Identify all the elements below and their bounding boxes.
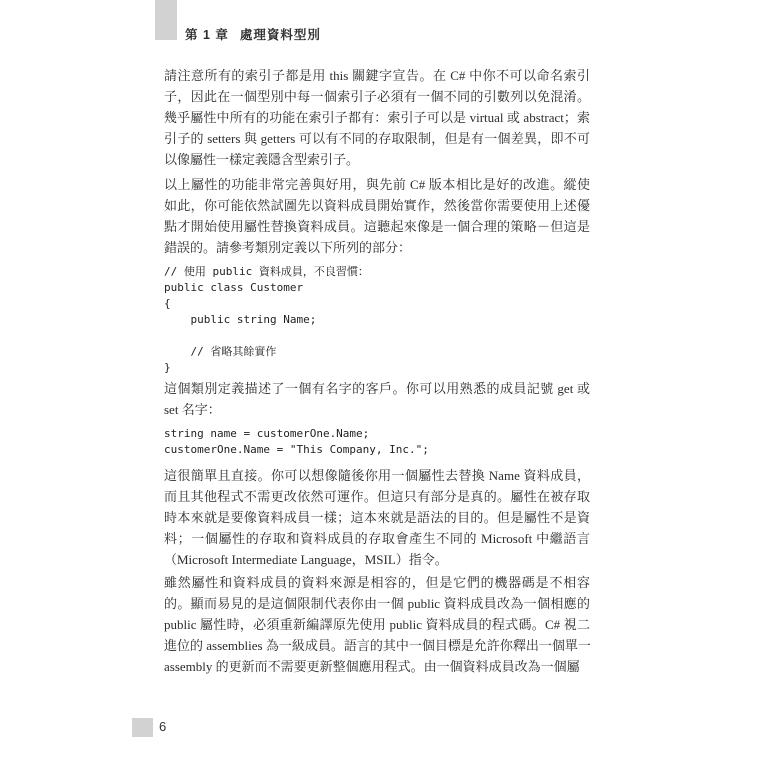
page-body: 請注意所有的索引子都是用 this 關鍵字宣告。在 C# 中你不可以命名索引子，… (164, 65, 590, 681)
text-line: 錯誤的。請參考類別定義以下所列的部分： (164, 237, 590, 258)
text-line: 以上屬性的功能非常完善與好用，與先前 C# 版本相比是好的改進。縱使 (164, 174, 590, 195)
text-line: 雖然屬性和資料成員的資料來源是相容的，但是它們的機器碼是不相容 (164, 572, 590, 593)
footer-accent-square (132, 718, 153, 737)
text-line: 如此，你可能依然試圖先以資料成員開始實作，然後當你需要使用上述優 (164, 195, 590, 216)
code-line: public class Customer (164, 280, 590, 296)
text-line: 的。顯而易見的是這個限制代表你由一個 public 資料成員改為一個相應的 (164, 593, 590, 614)
text-line: 點才開始使用屬性替換資料成員。這聽起來像是一個合理的策略－但這是 (164, 216, 590, 237)
header-accent-bar (155, 0, 177, 40)
book-page: 第 1 章處理資料型別 請注意所有的索引子都是用 this 關鍵字宣告。在 C#… (0, 0, 757, 757)
chapter-title: 處理資料型別 (240, 28, 321, 42)
code-line (164, 328, 590, 344)
text-line: 以像屬性一樣定義隱含型索引子。 (164, 149, 590, 170)
text-line: public 屬性時，必須重新編譯原先使用 public 資料成員的程式碼。C#… (164, 614, 590, 635)
text-line: 這很簡單且直接。你可以想像隨後你用一個屬性去替換 Name 資料成員， (164, 465, 590, 486)
text-line: 幾乎屬性中所有的功能在索引子都有：索引子可以是 virtual 或 abstra… (164, 107, 590, 128)
text-line: 進位的 assemblies 為一級成員。語言的其中一個目標是允許你釋出一個單一 (164, 635, 590, 656)
code-line: // 使用 public 資料成員，不良習慣： (164, 264, 590, 280)
chapter-label: 第 1 章 (185, 28, 229, 42)
paragraph: 雖然屬性和資料成員的資料來源是相容的，但是它們的機器碼是不相容的。顯而易見的是這… (164, 572, 590, 677)
text-line: 子，因此在一個型別中每一個索引子必須有一個不同的引數列以免混淆。 (164, 86, 590, 107)
code-block: string name = customerOne.Name;customerO… (164, 426, 590, 458)
code-line: customerOne.Name = "This Company, Inc."; (164, 442, 590, 458)
code-line: // 省略其餘實作 (164, 344, 590, 360)
text-line: assembly 的更新而不需要更新整個應用程式。由一個資料成員改為一個屬 (164, 656, 590, 677)
text-line: 料；一個屬性的存取和資料成員的存取會產生不同的 Microsoft 中繼語言 (164, 528, 590, 549)
code-block: // 使用 public 資料成員，不良習慣：public class Cust… (164, 264, 590, 376)
code-line: { (164, 296, 590, 312)
text-line: （Microsoft Intermediate Language，MSIL）指令… (164, 549, 590, 570)
chapter-heading: 第 1 章處理資料型別 (185, 25, 321, 43)
text-line: 時本來就是要像資料成員一樣；這本來就是語法的目的。但是屬性不是資 (164, 507, 590, 528)
paragraph: 這個類別定義描述了一個有名字的客戶。你可以用熟悉的成員記號 get 或set 名… (164, 378, 590, 420)
code-line: string name = customerOne.Name; (164, 426, 590, 442)
code-line: public string Name; (164, 312, 590, 328)
text-line: set 名字： (164, 399, 590, 420)
paragraph: 這很簡單且直接。你可以想像隨後你用一個屬性去替換 Name 資料成員，而且其他程… (164, 465, 590, 570)
text-line: 這個類別定義描述了一個有名字的客戶。你可以用熟悉的成員記號 get 或 (164, 378, 590, 399)
paragraph: 請注意所有的索引子都是用 this 關鍵字宣告。在 C# 中你不可以命名索引子，… (164, 65, 590, 170)
code-line: } (164, 360, 590, 376)
text-line: 而且其他程式不需更改依然可運作。但這只有部分是真的。屬性在被存取 (164, 486, 590, 507)
text-line: 引子的 setters 與 getters 可以有不同的存取限制，但是有一個差異… (164, 128, 590, 149)
paragraph: 以上屬性的功能非常完善與好用，與先前 C# 版本相比是好的改進。縱使如此，你可能… (164, 174, 590, 258)
footer-page-number: 6 (159, 719, 166, 734)
text-line: 請注意所有的索引子都是用 this 關鍵字宣告。在 C# 中你不可以命名索引 (164, 65, 590, 86)
